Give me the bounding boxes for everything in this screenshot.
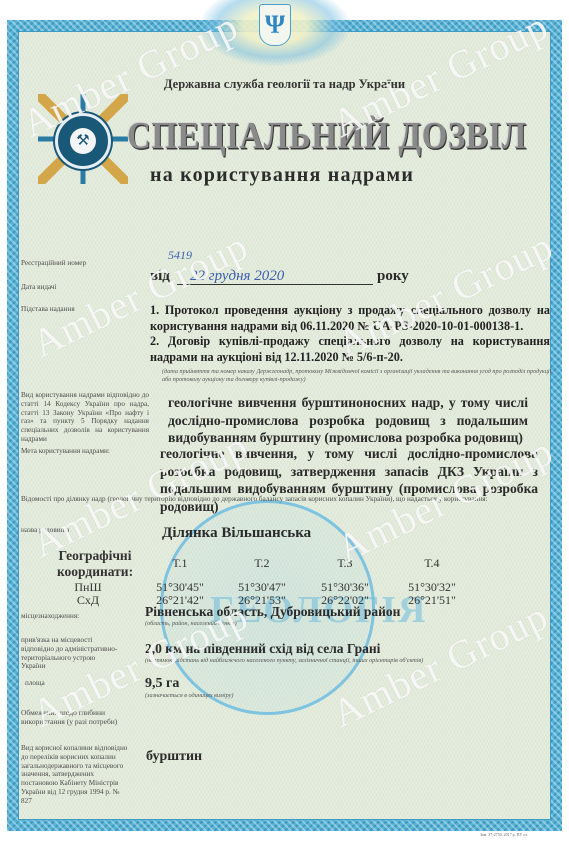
label-use-type: Вид користування надрами відповідно до с… <box>21 391 149 444</box>
label-issue-date: Дата видачі <box>21 283 57 292</box>
label-registration-number: Реєстраційний номер <box>21 259 86 268</box>
grounds-item-2: 2. Договір купівлі-продажу спеціального … <box>150 334 550 365</box>
reference-value: 2,0 км на південний схід від села Грані <box>145 640 380 658</box>
label-area: площа <box>25 679 45 688</box>
coordinates-heading: Географічні координати: <box>35 548 155 579</box>
location-value: Рівненська область, Дубровицький район <box>145 603 400 621</box>
point-name: Т.4 <box>397 556 467 571</box>
use-type-value: геологічне вивчення бурштиноносних надр,… <box>168 394 528 447</box>
point-name: Т.3 <box>310 556 380 571</box>
label-reference: прив'язка на місцевості відповідно до ад… <box>21 636 121 671</box>
label-use-purpose: Мета користування надрами: <box>21 447 110 456</box>
date-suffix: року <box>377 268 409 285</box>
point-name: Т.2 <box>227 556 297 571</box>
label-deposit-name: назва родовища <box>21 526 69 535</box>
label-location: місцезнаходження: <box>21 612 79 621</box>
area-value: 9,5 га <box>145 675 179 693</box>
use-purpose-value: геологічне вивчення, у тому числі дослід… <box>160 445 538 516</box>
agency-name: Державна служба геології та надр України <box>0 77 569 92</box>
trident-icon: Ψ <box>259 4 291 46</box>
area-note: (зазначається в одиницях виміру) <box>145 692 233 700</box>
registration-number-value: 5419 <box>168 248 192 263</box>
point-lon: 26°21'51" <box>397 593 467 608</box>
mineral-type-value: бурштин <box>146 748 202 766</box>
reference-note: (напрямок, відстань від найближчого насе… <box>145 657 485 665</box>
label-mineral-type: Вид корисної копалини відповідно до пере… <box>21 744 131 805</box>
grounds-note: (дата прийняття та номер наказу Держгеон… <box>162 368 552 384</box>
point-name: Т.1 <box>145 556 215 571</box>
print-info: Зам. 37-2750. 2017 р. ПУ оз. <box>480 832 528 837</box>
agency-logo: ⚒ <box>55 113 111 169</box>
label-depth-limit: Обмеження щодо глибини використання (у р… <box>21 708 131 726</box>
deposit-name-value: Ділянка Вільшанська <box>162 524 311 544</box>
issue-date-value: 22 грудня 2020 <box>190 268 284 285</box>
hammers-icon: ⚒ <box>70 128 96 154</box>
document-title: СПЕЦІАЛЬНИЙ ДОЗВІЛ <box>127 116 527 159</box>
grounds-item-1: 1. Протокол проведення аукціону з продаж… <box>150 303 550 334</box>
label-grounds: Підстава надання <box>21 305 75 314</box>
date-prefix: від <box>150 268 170 285</box>
lon-label: СхД <box>68 593 108 608</box>
label-site-info: Відомості про ділянку надр (геологічну т… <box>21 495 541 504</box>
document-subtitle: на користування надрами <box>150 164 414 187</box>
location-note: (область, район, населений пункт) <box>145 620 237 628</box>
